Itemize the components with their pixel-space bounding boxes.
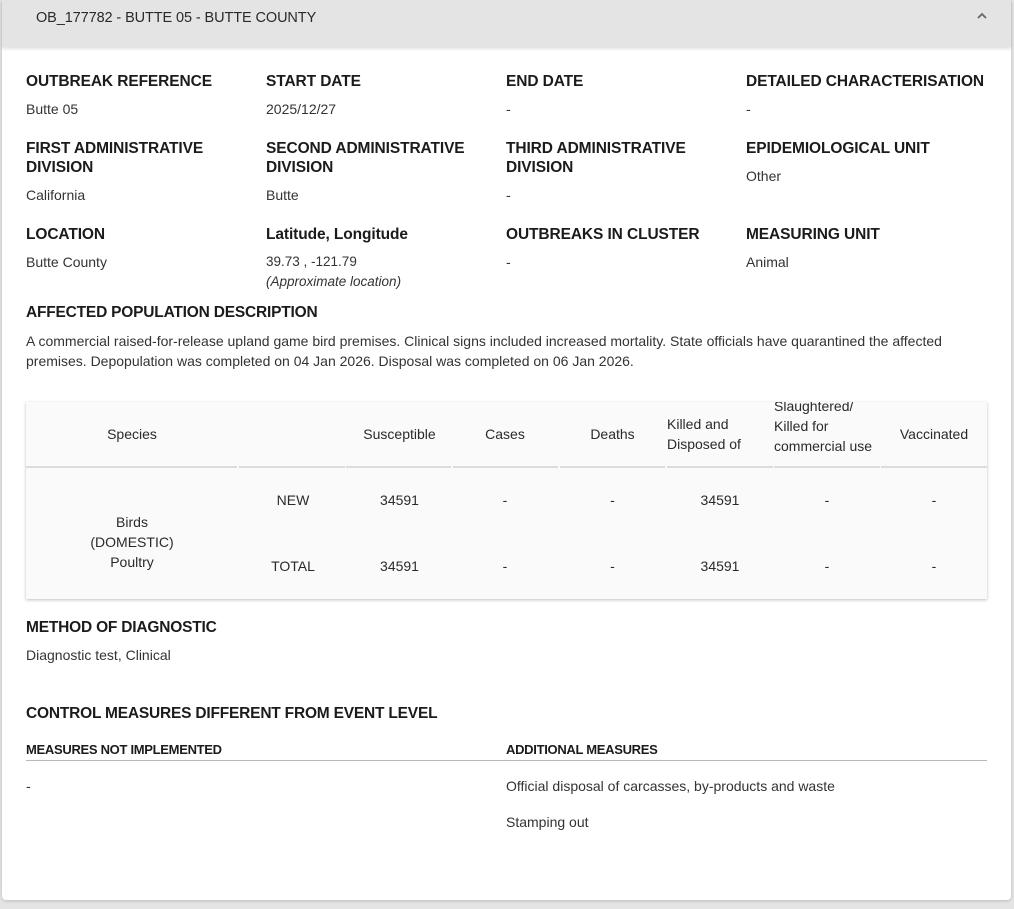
header-divider <box>560 466 665 468</box>
cell-slaughtered: - <box>774 492 880 508</box>
field-first-admin: First Administrative Division California <box>26 139 256 204</box>
species-name: Birds (DOMESTIC) Poultry <box>26 512 238 572</box>
cell-deaths: - <box>559 558 666 574</box>
field-value: Butte County <box>26 253 256 271</box>
field-value: California <box>26 186 256 204</box>
field-label: Measuring Unit <box>746 225 996 244</box>
field-label: Detailed Characterisation <box>746 72 996 91</box>
field-third-admin: Third Administrative Division - <box>506 139 736 204</box>
additional-measure-item: Stamping out <box>506 814 589 830</box>
field-location: Location Butte County <box>26 225 256 271</box>
field-value: Butte <box>266 186 496 204</box>
cell-susceptible: 34591 <box>348 492 451 508</box>
header-cases: Cases <box>452 402 558 466</box>
field-label: Start Date <box>266 72 496 91</box>
header-susceptible: Susceptible <box>348 402 451 466</box>
field-second-admin: Second Administrative Division Butte <box>266 139 496 204</box>
cell-cases: - <box>452 558 558 574</box>
field-label: Third Administrative Division <box>506 139 736 177</box>
not-implemented-item: - <box>26 778 31 794</box>
control-measures-title: CONTROL MEASURES DIFFERENT FROM EVENT LE… <box>26 705 437 723</box>
approximate-location-note: (Approximate location) <box>266 273 496 291</box>
header-divider <box>239 466 345 468</box>
row-type: NEW <box>238 492 348 508</box>
header-slaughtered: Slaughtered/ Killed for commercial use <box>774 402 880 466</box>
header-type <box>238 402 348 466</box>
measures-not-implemented-header: MEASURES NOT IMPLEMENTED <box>26 742 222 757</box>
affected-population-title: AFFECTED POPULATION DESCRIPTION <box>26 304 317 322</box>
cell-deaths: - <box>559 492 666 508</box>
field-epi-unit: Epidemiological Unit Other <box>746 139 996 185</box>
field-label: Latitude, Longitude <box>266 225 496 244</box>
header-species: Species <box>26 402 238 466</box>
species-table: Species Susceptible Cases Deaths Killed … <box>26 402 987 599</box>
field-value: - <box>746 100 996 118</box>
cell-killed-disposed: 34591 <box>667 558 773 574</box>
row-type: TOTAL <box>238 558 348 574</box>
field-value: - <box>506 100 736 118</box>
header-deaths: Deaths <box>559 402 666 466</box>
field-end-date: End Date - <box>506 72 736 118</box>
outbreak-panel-header[interactable]: OB_177782 - BUTTE 05 - BUTTE COUNTY <box>2 0 1011 47</box>
cell-killed-disposed: 34591 <box>667 492 773 508</box>
header-vaccinated: Vaccinated <box>881 402 987 466</box>
field-outbreaks-in-cluster: Outbreaks in Cluster - <box>506 225 736 271</box>
field-value: - <box>506 186 736 204</box>
cell-slaughtered: - <box>774 558 880 574</box>
field-start-date: Start Date 2025/12/27 <box>266 72 496 118</box>
field-latlong: Latitude, Longitude 39.73 , -121.79 (App… <box>266 225 496 291</box>
field-label: Location <box>26 225 256 244</box>
field-value: Butte 05 <box>26 100 256 118</box>
diagnostic-value: Diagnostic test, Clinical <box>26 647 171 663</box>
header-divider <box>774 466 880 468</box>
measures-divider <box>26 760 987 761</box>
field-value: 2025/12/27 <box>266 100 496 118</box>
additional-measure-item: Official disposal of carcasses, by-produ… <box>506 778 835 794</box>
header-divider <box>26 466 237 468</box>
header-divider <box>453 466 558 468</box>
field-value: Animal <box>746 253 996 271</box>
header-divider <box>667 466 773 468</box>
field-label: Epidemiological Unit <box>746 139 996 158</box>
header-divider <box>881 466 987 468</box>
field-label: Outbreak Reference <box>26 72 256 91</box>
field-value: Other <box>746 167 996 185</box>
field-value: - <box>506 253 736 271</box>
cell-susceptible: 34591 <box>348 558 451 574</box>
field-value: 39.73 , -121.79 <box>266 253 496 271</box>
affected-population-description: A commercial raised-for-release upland g… <box>26 331 991 371</box>
field-detailed-characterisation: Detailed Characterisation - <box>746 72 996 118</box>
header-killed-disposed: Killed and Disposed of <box>667 402 773 466</box>
field-label: First Administrative Division <box>26 139 256 177</box>
cell-vaccinated: - <box>881 492 987 508</box>
header-divider <box>346 466 451 468</box>
field-label: Outbreaks in Cluster <box>506 225 736 244</box>
field-measuring-unit: Measuring Unit Animal <box>746 225 996 271</box>
additional-measures-header: ADDITIONAL MEASURES <box>506 742 658 757</box>
chevron-up-icon[interactable] <box>975 9 989 23</box>
cell-vaccinated: - <box>881 558 987 574</box>
field-label: Second Administrative Division <box>266 139 496 177</box>
field-label: End Date <box>506 72 736 91</box>
cell-cases: - <box>452 492 558 508</box>
diagnostic-title: METHOD OF DIAGNOSTIC <box>26 619 217 637</box>
outbreak-title: OB_177782 - BUTTE 05 - BUTTE COUNTY <box>36 10 316 26</box>
field-outbreak-reference: Outbreak Reference Butte 05 <box>26 72 256 118</box>
